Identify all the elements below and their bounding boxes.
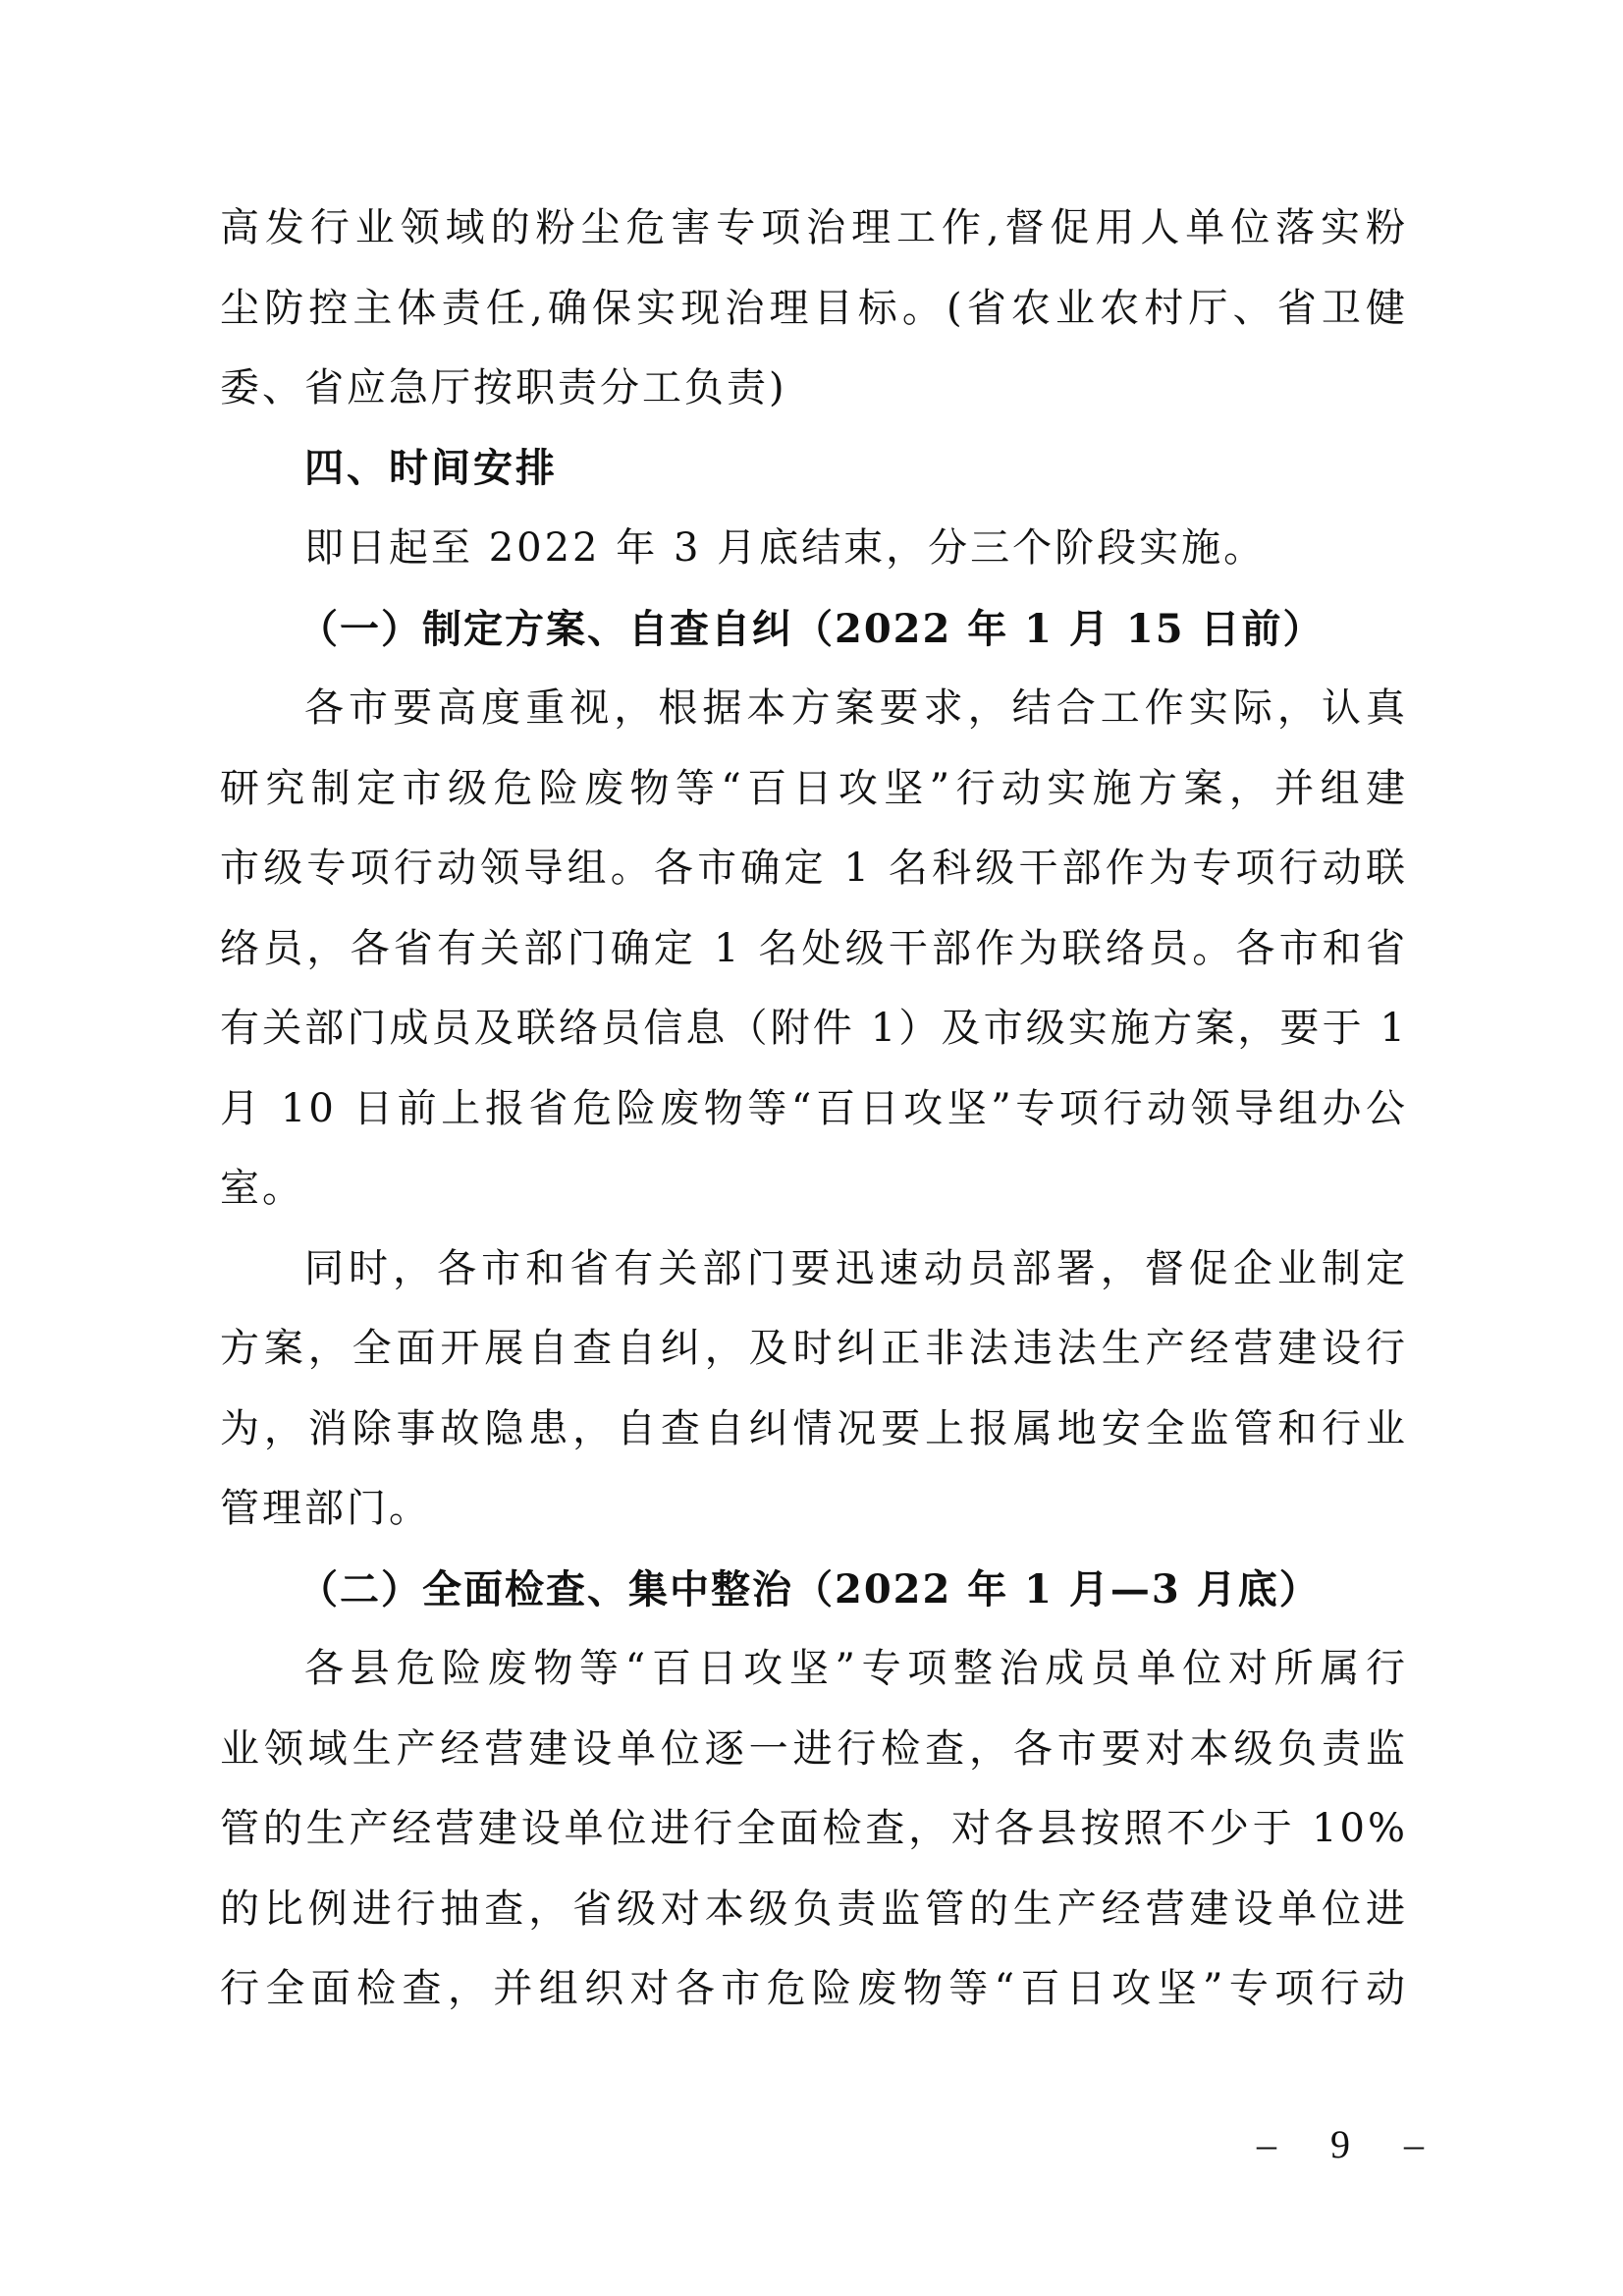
body-line: 络员，各省有关部门确定 1 名处级干部作为联络员。各市和省 <box>220 909 1408 990</box>
body-line: 行全面检查，并组织对各市危险废物等“百日攻坚”专项行动 <box>220 1949 1408 2030</box>
body-line: 月 10 日前上报省危险废物等“百日攻坚”专项行动领导组办公 <box>220 1069 1408 1150</box>
page-number-value: 9 <box>1330 2121 1350 2167</box>
body-line: 尘防控主体责任,确保实现治理目标。(省农业农村厅、省卫健 <box>220 269 1408 350</box>
body-line: 有关部门成员及联络员信息（附件 1）及市级实施方案，要于 1 <box>220 989 1408 1069</box>
subsection-heading-phase-2: （二）全面检查、集中整治（2022 年 1 月—3 月底） <box>220 1550 1408 1630</box>
body-line: 方案，全面开展自查自纠，及时纠正非法违法生产经营建设行 <box>220 1309 1408 1390</box>
page-number-left-dash: – <box>1257 2121 1276 2167</box>
subsection-heading-phase-1: （一）制定方案、自查自纠（2022 年 1 月 15 日前） <box>220 589 1408 670</box>
body-line: 室。 <box>220 1149 1408 1230</box>
body-line: 市级专项行动领导组。各市确定 1 名科级干部作为专项行动联 <box>220 829 1408 909</box>
body-line: 管理部门。 <box>220 1469 1408 1550</box>
document-page: 高发行业领域的粉尘危害专项治理工作,督促用人单位落实粉 尘防控主体责任,确保实现… <box>0 0 1623 2296</box>
body-line: 的比例进行抽查，省级对本级负责监管的生产经营建设单位进 <box>220 1870 1408 1950</box>
body-line: 各市要高度重视，根据本方案要求，结合工作实际，认真 <box>220 669 1408 749</box>
document-body: 高发行业领域的粉尘危害专项治理工作,督促用人单位落实粉 尘防控主体责任,确保实现… <box>220 189 1408 2030</box>
body-line: 委、省应急厅按职责分工负责) <box>220 349 1408 429</box>
body-line: 各县危险废物等“百日攻坚”专项整治成员单位对所属行 <box>220 1629 1408 1710</box>
page-number: – 9 – <box>1257 2121 1424 2167</box>
page-number-right-dash: – <box>1404 2121 1424 2167</box>
body-line: 为，消除事故隐患，自查自纠情况要上报属地安全监管和行业 <box>220 1390 1408 1470</box>
section-heading-schedule: 四、时间安排 <box>220 429 1408 510</box>
body-line: 业领域生产经营建设单位逐一进行检查，各市要对本级负责监 <box>220 1710 1408 1790</box>
body-line: 管的生产经营建设单位进行全面检查，对各县按照不少于 10% <box>220 1789 1408 1870</box>
body-line: 高发行业领域的粉尘危害专项治理工作,督促用人单位落实粉 <box>220 189 1408 269</box>
body-line: 即日起至 2022 年 3 月底结束，分三个阶段实施。 <box>220 509 1408 589</box>
body-line: 研究制定市级危险废物等“百日攻坚”行动实施方案，并组建 <box>220 749 1408 830</box>
body-line: 同时，各市和省有关部门要迅速动员部署，督促企业制定 <box>220 1230 1408 1310</box>
